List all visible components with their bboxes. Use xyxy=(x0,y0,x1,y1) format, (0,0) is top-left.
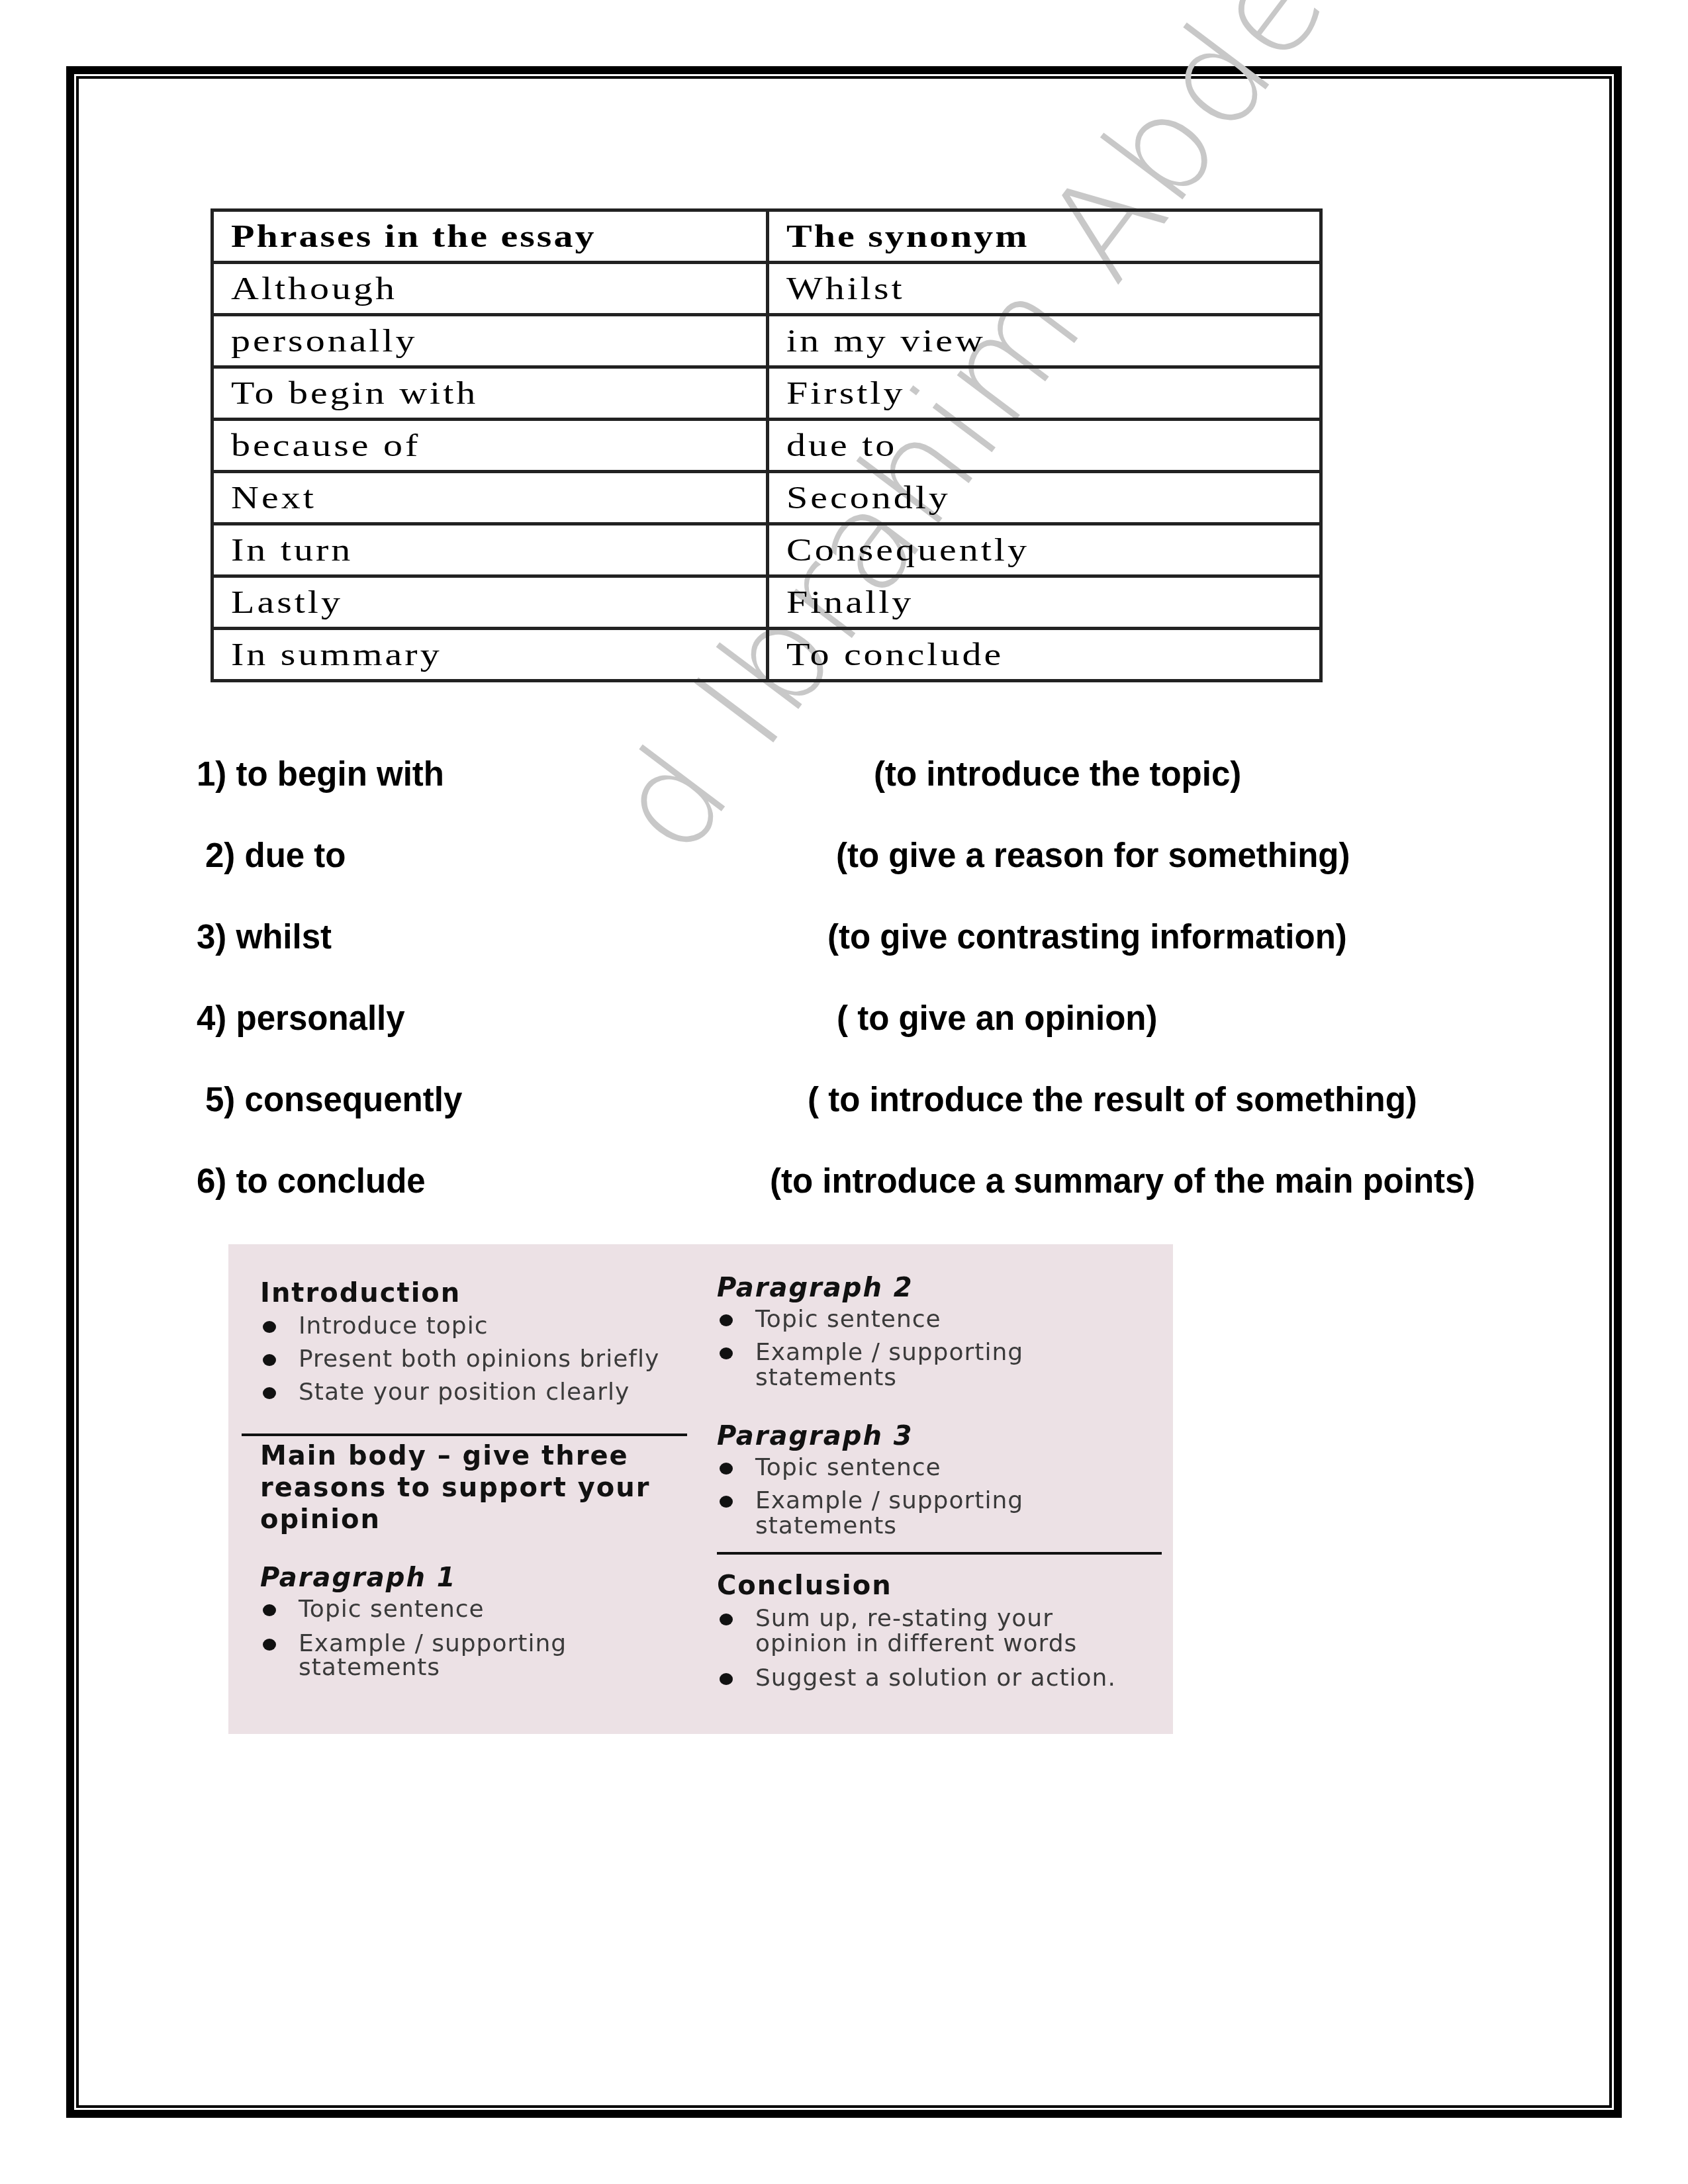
list-item: Sum up, re-stating your xyxy=(717,1606,1053,1632)
synonyms-table: Phrases in the essay The synonym Althoug… xyxy=(211,208,1323,682)
list-item-continuation: opinion in different words xyxy=(717,1631,1077,1657)
bullet-icon xyxy=(263,1387,276,1399)
linking-phrase: 5) consequently xyxy=(205,1080,462,1119)
linking-phrase: 1) to begin with xyxy=(197,754,444,794)
paragraph-3-title: Paragraph 3 xyxy=(717,1420,914,1452)
phrase-purpose: ( to introduce the result of something) xyxy=(808,1080,1417,1119)
table-row: personallyin my view xyxy=(212,315,1321,367)
linking-phrase: 3) whilst xyxy=(197,917,332,956)
section-divider xyxy=(242,1433,687,1436)
linking-phrase: 2) due to xyxy=(205,836,346,875)
table-row: NextSecondly xyxy=(212,472,1321,524)
essay-plan-box: Introduction Introduce topic Present bot… xyxy=(228,1244,1173,1734)
linking-phrase: 4) personally xyxy=(197,999,405,1038)
paragraph-1-title: Paragraph 1 xyxy=(260,1562,457,1594)
bullet-icon xyxy=(720,1314,733,1326)
section-divider xyxy=(717,1552,1162,1555)
list-item: Suggest a solution or action. xyxy=(717,1665,1116,1692)
synonym-cell: Finally xyxy=(768,576,1321,629)
phrase-purpose: ( to give an opinion) xyxy=(837,999,1157,1038)
list-item: Example / supporting xyxy=(717,1340,1023,1366)
synonym-cell: Consequently xyxy=(768,524,1321,576)
table-row: because ofdue to xyxy=(212,420,1321,472)
table-row: In turnConsequently xyxy=(212,524,1321,576)
phrase-cell: Lastly xyxy=(212,576,768,629)
phrase-cell: personally xyxy=(212,315,768,367)
introduction-title: Introduction xyxy=(260,1277,461,1309)
synonym-cell: in my view xyxy=(768,315,1321,367)
phrase-purpose: (to give contrasting information) xyxy=(827,917,1347,956)
bullet-icon xyxy=(720,1496,733,1508)
phrase-cell: because of xyxy=(212,420,768,472)
phrase-purpose: (to introduce a summary of the main poin… xyxy=(770,1161,1475,1201)
list-item-continuation: statements xyxy=(717,1513,897,1539)
synonym-cell: To conclude xyxy=(768,629,1321,681)
list-item: State your position clearly xyxy=(260,1379,630,1406)
phrase-cell: In turn xyxy=(212,524,768,576)
table-header-row: Phrases in the essay The synonym xyxy=(212,210,1321,263)
bullet-icon xyxy=(720,1673,733,1685)
header-synonym: The synonym xyxy=(768,210,1321,263)
header-phrases: Phrases in the essay xyxy=(212,210,768,263)
list-item: Example / supporting xyxy=(717,1488,1023,1514)
bullet-icon xyxy=(720,1614,733,1625)
table-row: In summaryTo conclude xyxy=(212,629,1321,681)
list-item: Example / supporting xyxy=(260,1631,567,1657)
table-body: AlthoughWhilstpersonallyin my viewTo beg… xyxy=(212,263,1321,681)
table-row: AlthoughWhilst xyxy=(212,263,1321,315)
list-item-continuation: statements xyxy=(717,1365,897,1391)
table-row: LastlyFinally xyxy=(212,576,1321,629)
paragraph-2-title: Paragraph 2 xyxy=(717,1272,914,1304)
list-item: Topic sentence xyxy=(717,1306,941,1333)
conclusion-title: Conclusion xyxy=(717,1570,892,1602)
synonym-cell: due to xyxy=(768,420,1321,472)
phrase-cell: Although xyxy=(212,263,768,315)
list-item: Topic sentence xyxy=(717,1455,941,1481)
phrase-purpose: (to introduce the topic) xyxy=(874,754,1241,794)
bullet-icon xyxy=(263,1604,276,1616)
phrase-cell: To begin with xyxy=(212,367,768,420)
bullet-icon xyxy=(720,1347,733,1359)
phrase-purpose: (to give a reason for something) xyxy=(836,836,1350,875)
linking-phrase: 6) to conclude xyxy=(197,1161,426,1201)
main-body-title-line-2: reasons to support your xyxy=(260,1472,650,1504)
bullet-icon xyxy=(263,1354,276,1366)
bullet-icon xyxy=(720,1463,733,1475)
list-item: Introduce topic xyxy=(260,1313,488,1340)
list-item: Present both opinions briefly xyxy=(260,1346,659,1373)
bullet-icon xyxy=(263,1321,276,1333)
list-item: Topic sentence xyxy=(260,1596,485,1623)
main-body-title-line-1: Main body – give three xyxy=(260,1440,629,1472)
bullet-icon xyxy=(263,1639,276,1651)
list-item-continuation: statements xyxy=(260,1655,440,1681)
main-body-title-line-3: opinion xyxy=(260,1504,381,1535)
phrase-cell: Next xyxy=(212,472,768,524)
phrase-cell: In summary xyxy=(212,629,768,681)
synonym-cell: Secondly xyxy=(768,472,1321,524)
synonym-cell: Whilst xyxy=(768,263,1321,315)
synonym-cell: Firstly xyxy=(768,367,1321,420)
table-row: To begin withFirstly xyxy=(212,367,1321,420)
